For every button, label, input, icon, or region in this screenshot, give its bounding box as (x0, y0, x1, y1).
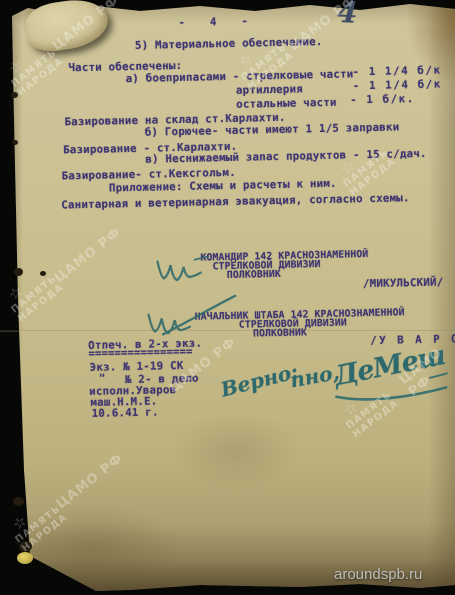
handwritten-page-number: 4 (336, 0, 358, 30)
commander-name: /МИКУЛЬСКИЙ/ (363, 275, 444, 290)
chief-rank: ПОЛКОВНИК (253, 327, 307, 339)
ditto-mark: " (99, 372, 106, 385)
others-line: остальные части (236, 96, 337, 111)
handwritten-certified: Верно: (218, 359, 300, 402)
artillery-value: - 1 1/4 б/к (353, 77, 442, 92)
section-heading: 5) Материальное обеспечение. (135, 35, 323, 52)
artillery-line: артиллерия (236, 82, 303, 96)
checkmark-squiggle-commander-icon (157, 261, 200, 281)
copies-underline: ================ (88, 345, 192, 360)
date-line: 10.6.41 г. (92, 405, 159, 419)
ammo-value: - 1 1/4 б/к (352, 63, 441, 78)
site-watermark: aroundspb.ru (334, 566, 422, 583)
commander-rank: ПОЛКОВНИК (227, 269, 281, 281)
checkmark-squiggle-chief-icon (149, 314, 190, 334)
page-number: - 4 - (178, 14, 252, 29)
document-scan: - 4 - 5) Материальное обеспечение. Части… (0, 0, 455, 595)
handwritten-signature: ДеМеш (332, 340, 448, 392)
page-content: - 4 - 5) Материальное обеспечение. Части… (0, 0, 455, 595)
others-value: - 1 б/к. (350, 92, 415, 106)
signature-underline-icon (336, 387, 446, 400)
